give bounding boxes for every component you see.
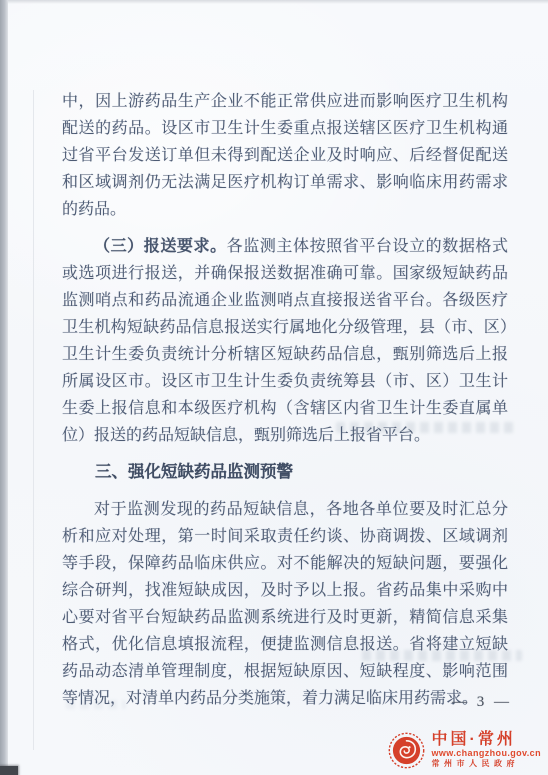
scan-edge-left — [0, 0, 8, 775]
item-body-text: 各监测主体按照省平台设立的数据格式或选项进行报送，并确保报送数据准确可靠。国家级… — [62, 238, 508, 444]
paragraph-monitoring-warning: 对于监测发现的药品短缺信息，各地各单位要及时汇总分析和应对处理，第一时间采取责任… — [62, 496, 508, 712]
paragraph-reporting-requirements: （三）报送要求。各监测主体按照省平台设立的数据格式或选项进行报送，并确保报送数据… — [62, 233, 508, 449]
logo-text-block: 中国·常州 www.changzhou.gov.cn 常州市人民政府 — [431, 731, 541, 769]
scan-edge-top — [0, 0, 548, 4]
logo-url: www.changzhou.gov.cn — [431, 748, 541, 759]
section-heading: 三、强化短缺药品监测预警 — [62, 459, 508, 486]
scan-fold-line — [33, 90, 34, 750]
document-body: 中，因上游药品生产企业不能正常供应进而影响医疗卫生机构配送的药品。设区市卫生计生… — [62, 88, 508, 722]
logo-title: 中国·常州 — [431, 731, 515, 748]
item-lead-label: （三）报送要求。 — [94, 238, 227, 255]
scan-corner-artifact — [0, 766, 18, 775]
paragraph-continuation: 中，因上游药品生产企业不能正常供应进而影响医疗卫生机构配送的药品。设区市卫生计生… — [62, 88, 508, 223]
changzhou-gov-logo: 中国·常州 www.changzhou.gov.cn 常州市人民政府 — [388, 731, 541, 769]
page-number: — 3 — — [452, 694, 512, 711]
logo-subtitle: 常州市人民政府 — [431, 759, 519, 769]
dragon-seal-icon — [388, 732, 425, 769]
scanned-document-page: 中，因上游药品生产企业不能正常供应进而影响医疗卫生机构配送的药品。设区市卫生计生… — [0, 0, 548, 775]
